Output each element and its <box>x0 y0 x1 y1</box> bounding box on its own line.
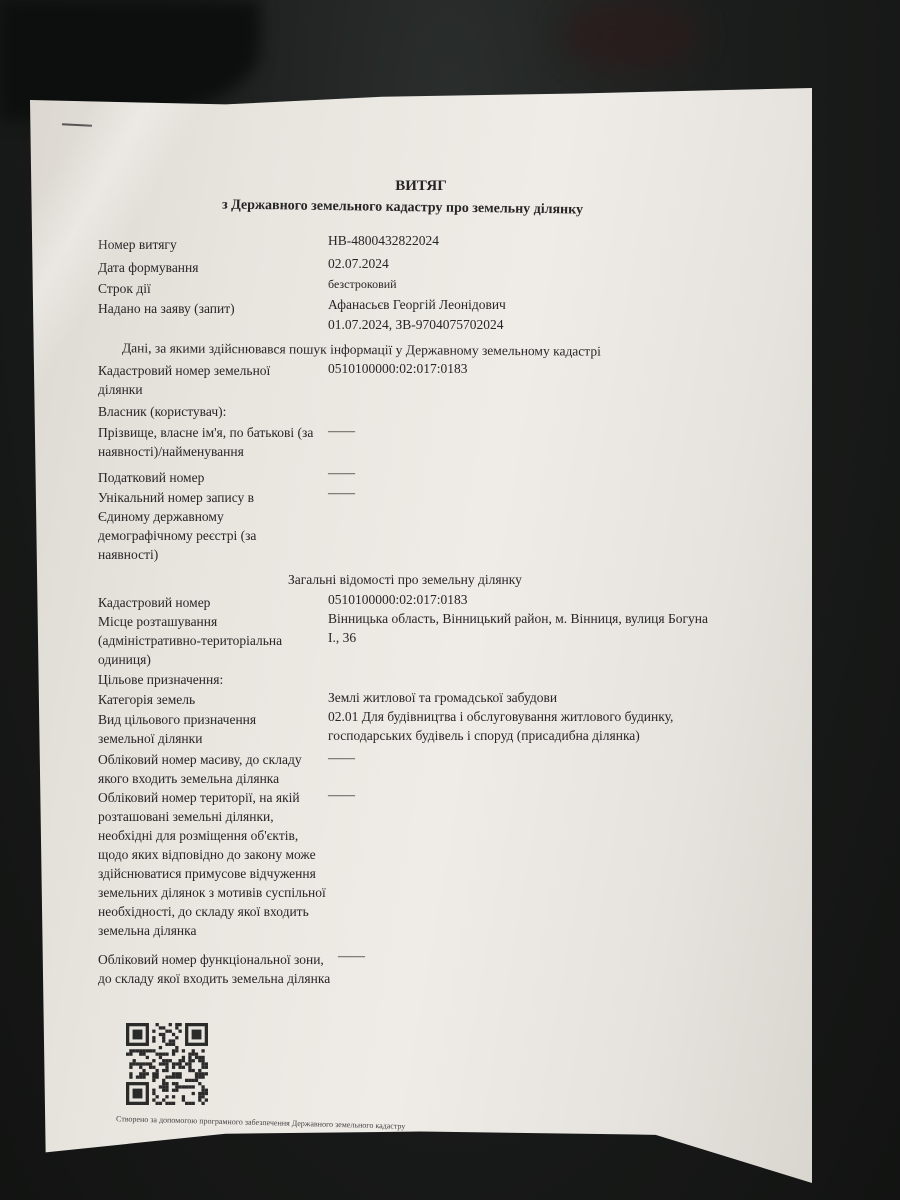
document-subtitle: з Державного земельного кадастру про зем… <box>222 197 583 218</box>
purpose-type-value: 02.01 Для будівництва і обслуговування ж… <box>328 707 728 745</box>
cadastral-number-label: Кадастровий номер <box>98 593 328 612</box>
massif-number-value: —— <box>328 748 748 767</box>
formation-date-label: Дата формування <box>98 258 328 277</box>
footer-note: Створено за допомогою програмного забезп… <box>116 1114 406 1131</box>
location-value: Вінницька область, Вінницький район, м. … <box>328 609 708 647</box>
purpose-heading: Цільове призначення: <box>98 670 328 689</box>
land-category-value: Землі житлової та громадської забудови <box>328 688 748 707</box>
unique-record-value: —— <box>328 483 748 502</box>
purpose-type-label: Вид цільового призначення земельної діля… <box>98 710 288 748</box>
general-section-heading: Загальні відомості про земельну ділянку <box>288 572 522 588</box>
functional-zone-label: Обліковий номер функціональної зони, до … <box>98 950 333 988</box>
requested-by-label: Надано на заяву (запит) <box>98 299 328 318</box>
owner-name-value: —— <box>328 421 748 440</box>
territory-number-value: —— <box>328 785 748 804</box>
document-page: ВИТЯГ з Державного земельного кадастру п… <box>30 88 812 1183</box>
territory-number-label: Обліковий номер території, на якій розта… <box>98 788 328 940</box>
background-shadow <box>560 0 700 70</box>
search-cadastral-value: 0510100000:02:017:0183 <box>328 359 748 378</box>
requested-by-value: Афанасьєв Георгій Леонідович <box>328 295 748 314</box>
search-cadastral-label: Кадастровий номер земельної ділянки <box>98 361 313 399</box>
location-label: Місце розташування (адміністративно-тери… <box>98 612 313 669</box>
validity-value: безстроковий <box>328 275 748 294</box>
massif-number-label: Обліковий номер масиву, до складу якого … <box>98 750 328 788</box>
tax-number-value: —— <box>328 463 748 482</box>
qr-code-icon <box>126 1023 208 1105</box>
search-section-heading: Дані, за якими здійснювався пошук інформ… <box>122 340 601 359</box>
owner-name-label: Прізвище, власне ім'я, по батькові (за н… <box>98 423 328 461</box>
tax-number-label: Податковий номер <box>98 468 328 487</box>
land-category-label: Категорія земель <box>98 690 328 709</box>
formation-date-value: 02.07.2024 <box>328 254 748 273</box>
owner-heading: Власник (користувач): <box>98 402 328 421</box>
extract-number-label: Номер витягу <box>98 235 328 254</box>
document-title: ВИТЯГ <box>30 178 812 195</box>
cadastral-number-value: 0510100000:02:017:0183 <box>328 590 748 609</box>
unique-record-label: Унікальний номер запису в Єдиному держав… <box>98 488 293 564</box>
validity-label: Строк дії <box>98 279 328 298</box>
extract-number-value: НВ-4800432822024 <box>328 231 748 250</box>
pen-mark <box>62 123 92 127</box>
functional-zone-value: —— <box>338 946 758 965</box>
request-reference-value: 01.07.2024, ЗВ-9704075702024 <box>328 315 748 334</box>
